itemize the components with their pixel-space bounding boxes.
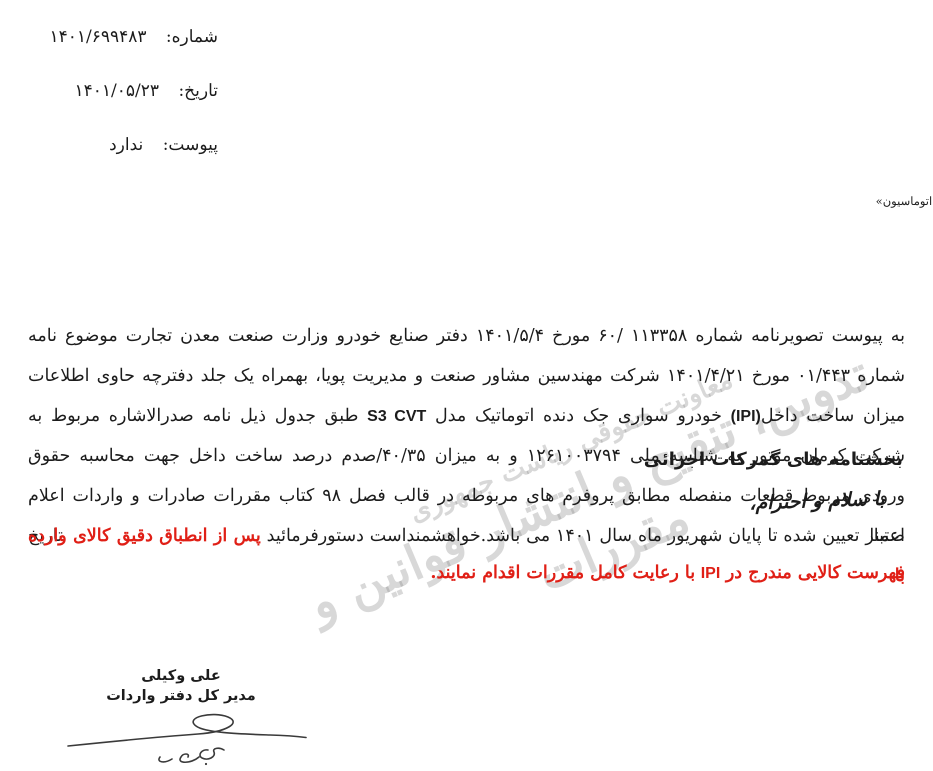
- ipi-abbreviation-red: IPI: [701, 565, 721, 582]
- warning-text-continue: فهرست کالایی مندرج در: [726, 563, 905, 583]
- date-value: ۱۴۰۱/۰۵/۲۳: [75, 80, 160, 102]
- number-label: شماره:: [166, 26, 218, 48]
- handwritten-signature: [56, 704, 312, 771]
- signature-block: علی وکیلی مدیر کل دفتر واردات: [76, 666, 286, 706]
- signatory-name: علی وکیلی: [76, 666, 286, 686]
- meta-attachment-row: پیوست: ندارد: [18, 134, 218, 156]
- body-line-7: فهرست کالایی مندرج در IPI با رعایت کامل …: [28, 560, 905, 587]
- meta-date-row: تاریخ: ۱۴۰۱/۰۵/۲۳: [18, 80, 218, 102]
- vehicle-model-code: S3 CVT: [367, 408, 426, 425]
- body-line-3: میزان ساخت داخل(IPI) خودرو سواری جک دنده…: [28, 396, 905, 436]
- body-line-2: شماره ۰۱/۴۴۳ مورخ ۱۴۰۱/۴/۲۱ شرکت مهندسین…: [28, 356, 905, 396]
- ipi-abbreviation: (IPI): [731, 408, 761, 425]
- number-value: ۱۴۰۱/۶۹۹۴۸۳: [49, 26, 146, 48]
- body-line-3-text: میزان ساخت داخل: [761, 406, 905, 426]
- body-line-3-text-end: طبق جدول ذیل نامه صدرالاشاره مربوط به: [28, 406, 358, 426]
- body-line-6-text: اعتبار تعیین شده تا پایان شهریور ماه سال…: [267, 526, 905, 546]
- body-line-1: به پیوست تصویرنامه شماره ۱۱۳۳۵۸ /۶۰ مورخ…: [28, 316, 905, 356]
- body-line-6: اعتبار تعیین شده تا پایان شهریور ماه سال…: [28, 516, 905, 556]
- automation-registration-note: «ثبت سیستم اتوماسیون»: [66, 194, 933, 208]
- attachment-label: پیوست:: [163, 134, 218, 156]
- body-line-4: شرکت کرمان موتور به شناسه ملی ۱۲۶۱۰۰۳۷۹۴…: [28, 436, 905, 476]
- letter-meta-block: شماره: ۱۴۰۱/۶۹۹۴۸۳ تاریخ: ۱۴۰۱/۰۵/۲۳ پیو…: [18, 26, 218, 188]
- letter-body: به پیوست تصویرنامه شماره ۱۱۳۳۵۸ /۶۰ مورخ…: [28, 316, 905, 587]
- body-line-5: ورودی مربوط قطعات منفصله مطابق پروفرم ها…: [28, 476, 905, 516]
- date-label: تاریخ:: [178, 80, 218, 102]
- signature-stroke-icon: [56, 704, 312, 768]
- meta-number-row: شماره: ۱۴۰۱/۶۹۹۴۸۳: [18, 26, 218, 48]
- signatory-title: مدیر کل دفتر واردات: [76, 686, 286, 706]
- warning-text-end: با رعایت کامل مقررات اقدام نمایند.: [430, 563, 695, 583]
- body-line-3-text-mid: خودرو سواری جک دنده اتوماتیک مدل: [435, 406, 722, 426]
- letter-page: معاونت حقوقی ریاست جمهوری تدوین، تنقیح و…: [0, 0, 933, 771]
- attachment-value: ندارد: [109, 134, 143, 156]
